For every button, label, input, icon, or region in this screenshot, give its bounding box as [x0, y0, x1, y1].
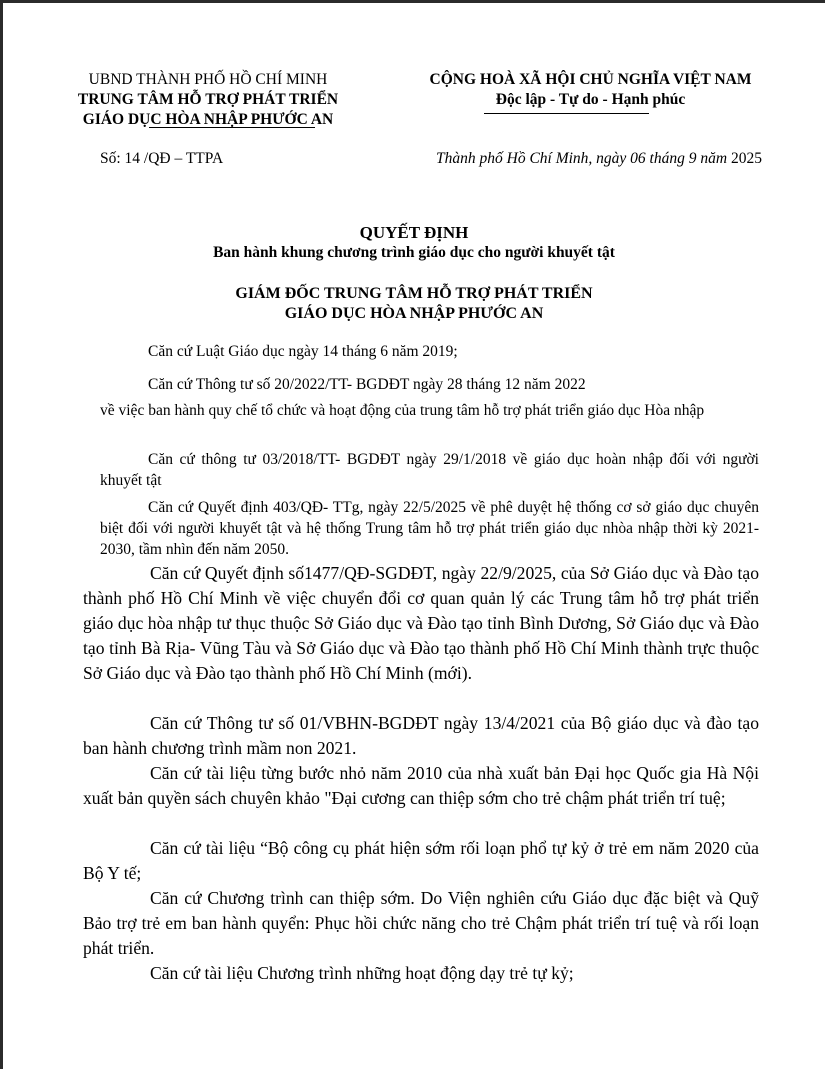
legal-basis-paragraph: Căn cứ thông tư 03/2018/TT- BGDĐT ngày 2… [100, 449, 759, 491]
document-subtitle: Ban hành khung chương trình giáo dục cho… [3, 244, 825, 262]
place-and-date: Thành phố Hồ Chí Minh, ngày 06 tháng 9 n… [436, 150, 762, 168]
paragraph-text: Căn cứ Thông tư số 20/2022/TT- BGDĐT ngà… [148, 376, 586, 393]
legal-basis-paragraph: Căn cứ Quyết định 403/QĐ- TTg, ngày 22/5… [100, 497, 759, 560]
motto-underline [484, 113, 649, 114]
paragraph-text: Căn cứ Chương trình can thiệp sớm. Do Vi… [83, 888, 759, 958]
legal-basis-paragraph: về việc ban hành quy chế tổ chức và hoạt… [100, 400, 759, 421]
paragraph-text: Căn cứ Quyết định 403/QĐ- TTg, ngày 22/5… [100, 499, 759, 558]
paragraph-text: về việc ban hành quy chế tổ chức và hoạt… [100, 402, 704, 419]
date-text: Thành phố Hồ Chí Minh, ngày 06 tháng 9 n… [436, 150, 731, 167]
paragraph-text: Căn cứ Thông tư số 01/VBHN-BGDĐT ngày 13… [83, 713, 759, 758]
legal-basis-paragraph: Căn cứ Quyết định số1477/QĐ-SGDĐT, ngày … [83, 561, 759, 686]
legal-basis-paragraph: Căn cứ Chương trình can thiệp sớm. Do Vi… [83, 886, 759, 961]
national-motto: Độc lập - Tự do - Hạnh phúc [408, 90, 773, 110]
country-name: CỘNG HOÀ XÃ HỘI CHỦ NGHĨA VIỆT NAM [408, 70, 773, 90]
authority-line2: GIÁO DỤC HÒA NHẬP PHƯỚC AN [3, 305, 825, 323]
legal-basis-paragraph: Căn cứ Thông tư số 01/VBHN-BGDĐT ngày 13… [83, 711, 759, 761]
legal-basis-paragraph: Căn cứ tài liệu từng bước nhỏ năm 2010 c… [83, 761, 759, 811]
date-year: 2025 [731, 150, 762, 167]
paragraph-text: Căn cứ Luật Giáo dục ngày 14 tháng 6 năm… [148, 343, 458, 360]
document-title: QUYẾT ĐỊNH [3, 223, 825, 243]
paragraph-text: Căn cứ Quyết định số1477/QĐ-SGDĐT, ngày … [83, 563, 759, 683]
authority-line1: GIÁM ĐỐC TRUNG TÂM HỖ TRỢ PHÁT TRIỂN [3, 285, 825, 303]
legal-basis-paragraph: Căn cứ Thông tư số 20/2022/TT- BGDĐT ngà… [100, 374, 759, 395]
legal-basis-paragraph: Căn cứ tài liệu “Bộ công cụ phát hiện sớ… [83, 836, 759, 886]
parent-agency: UBND THÀNH PHỐ HỒ CHÍ MINH [3, 70, 413, 90]
paragraph-text: Căn cứ tài liệu “Bộ công cụ phát hiện sớ… [83, 838, 759, 883]
paragraph-text: Căn cứ tài liệu từng bước nhỏ năm 2010 c… [83, 763, 759, 808]
agency-underline [149, 127, 315, 128]
document-number: Số: 14 /QĐ – TTPA [100, 150, 223, 168]
legal-basis-paragraph: Căn cứ Luật Giáo dục ngày 14 tháng 6 năm… [100, 341, 759, 362]
issuing-agency-header: UBND THÀNH PHỐ HỒ CHÍ MINH TRUNG TÂM HỖ … [3, 70, 413, 130]
paragraph-text: Căn cứ tài liệu Chương trình những hoạt … [150, 963, 574, 983]
legal-basis-paragraph: Căn cứ tài liệu Chương trình những hoạt … [83, 961, 759, 986]
paragraph-text: Căn cứ thông tư 03/2018/TT- BGDĐT ngày 2… [100, 451, 759, 489]
document-page: UBND THÀNH PHỐ HỒ CHÍ MINH TRUNG TÂM HỖ … [3, 3, 825, 1069]
national-motto-header: CỘNG HOÀ XÃ HỘI CHỦ NGHĨA VIỆT NAM Độc l… [408, 70, 773, 110]
agency-name-line1: TRUNG TÂM HỖ TRỢ PHÁT TRIỂN [3, 90, 413, 110]
